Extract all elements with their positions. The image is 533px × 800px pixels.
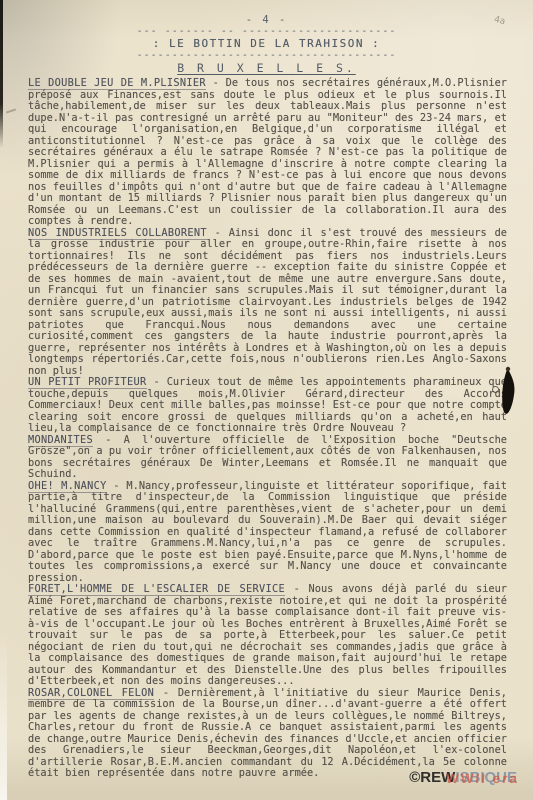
scanned-document-page: 4a - 4 - --- ------- -- ----------------… [0,0,533,800]
pencil-dash-mark [6,109,16,114]
heading-separator: - [147,376,167,388]
ink-speck [492,386,499,393]
pencil-annotation: 4a [493,15,506,27]
watermark-overlay-red: WWII era [445,771,519,786]
dashed-rule-bottom: ------------------------------------- [0,51,533,60]
article-paragraph: ROSAR,COLONEL FELON - Dernièrement,à l'i… [28,688,507,780]
page-header: - 4 - --- ------- -- -------------------… [0,0,533,76]
paragraph-text: M.Nancy,professeur,linguiste et littérat… [28,480,507,584]
heading-separator: - [285,583,309,595]
city-heading: B R U X E L L E S. [0,60,533,76]
paragraph-text: Nous avons déjà parlé du sieur Aimé Fore… [28,583,507,687]
archive-watermark: ©REWISBIQUE WWII era [409,769,517,786]
heading-separator: - [154,687,178,699]
heading-separator: - [93,434,124,446]
heading-separator: - [207,227,229,239]
article-paragraph: OHE! M.NANCY - M.Nancy,professeur,lingui… [28,481,507,585]
article-paragraph: MONDANITES - A l'ouverture officielle de… [28,435,507,481]
article-paragraph: FORET,L'HOMME DE L'ESCALIER DE SERVICE -… [28,584,507,688]
city-heading-text: B R U X E L L E S. [177,61,356,75]
paragraph-text: Ainsi donc il s'est trouvé des messieurs… [28,227,507,377]
paragraph-text: Dernièrement,à l'initiative du sieur Mau… [28,687,507,780]
scan-edge-highlight [0,630,7,800]
paragraph-text: De tous nos secrétaires généraux,M.O.Pli… [28,77,507,227]
ink-blot-shape [495,366,521,424]
ink-blot [495,366,521,428]
heading-separator: - [107,480,127,492]
heading-separator: - [206,77,226,89]
dashed-rule-top: --- ------- -- ---------------------- [0,27,533,36]
article-body: LE DOUBLE JEU DE M.PLISNIER - De tous no… [28,78,507,780]
article-paragraph: NOS INDUSTRIELS COLLABORENT - Ainsi donc… [28,228,507,378]
article-paragraph: UN PETIT PROFITEUR - Curieux tout de mêm… [28,377,507,435]
scan-edge-shadow [0,0,3,148]
article-paragraph: LE DOUBLE JEU DE M.PLISNIER - De tous no… [28,78,507,228]
newsletter-title: : LE BOTTIN DE LA TRAHISON : [0,36,533,51]
